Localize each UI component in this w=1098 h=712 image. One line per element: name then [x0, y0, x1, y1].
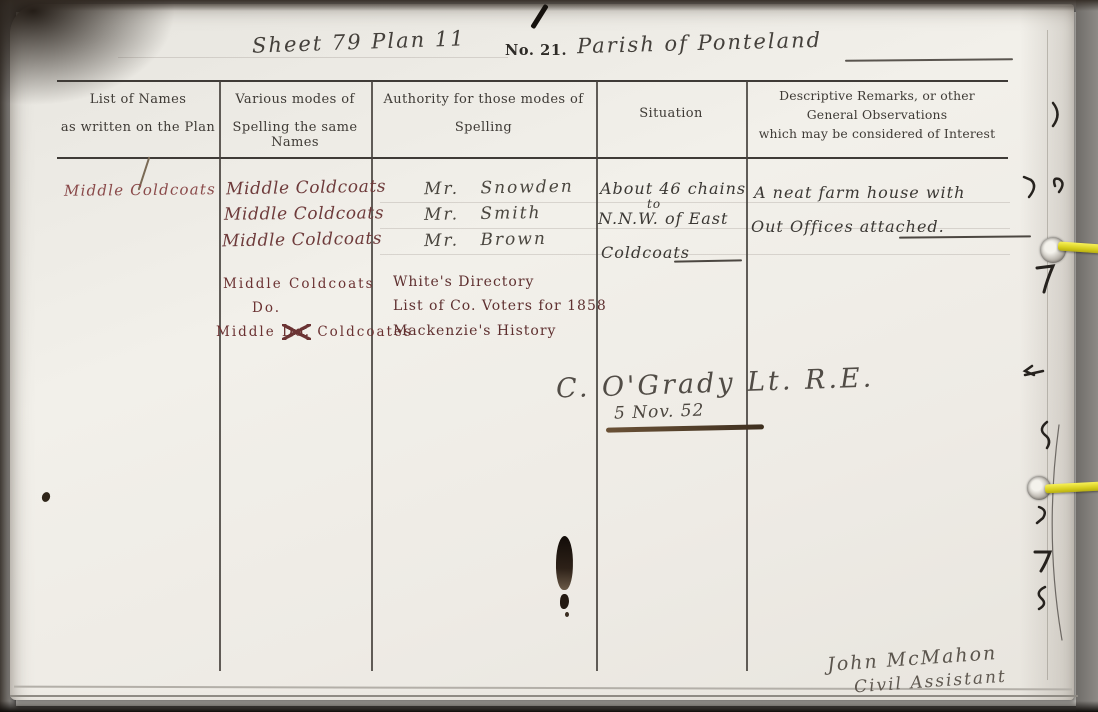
- table-header-rule: [57, 157, 1008, 159]
- situation-line: Coldcoats: [601, 243, 690, 262]
- remarks-line: A neat farm house with: [754, 183, 965, 202]
- col-header-authority: Authority for those modes of: [371, 92, 596, 107]
- remarks-line: Out Offices attached.: [751, 217, 945, 236]
- writing-guide-line: [380, 254, 1010, 255]
- situation-line: About 46 chains: [600, 179, 746, 198]
- col-header-names: List of Names: [57, 92, 219, 107]
- col-header-names: as written on the Plan: [57, 120, 219, 135]
- authority-entry: Mr. Snowden: [424, 177, 574, 200]
- col-header-spelling: Various modes of: [219, 92, 371, 107]
- bottom-shadow: [0, 701, 1098, 712]
- col-header-remarks: General Observations: [746, 107, 1008, 122]
- signature-date: 5 Nov. 52: [614, 400, 705, 423]
- spelling-entry: Middle Coldcoats: [222, 229, 382, 252]
- column-divider-1: [219, 81, 221, 671]
- margin-ink-marks: [1013, 95, 1091, 655]
- writing-guide-line: [380, 202, 1010, 203]
- name-on-plan: Middle Coldcoats: [64, 180, 216, 200]
- page-number-label: No. 21.: [505, 42, 567, 59]
- authority-entry: White's Directory: [393, 274, 534, 290]
- corrected-prefix: Middle: [216, 324, 282, 340]
- authority-entry: Mackenzie's History: [393, 323, 556, 339]
- spelling-entry: Middle Coldcoats: [226, 177, 386, 200]
- corner-shadow: [0, 0, 176, 106]
- spelling-entry: Do.: [252, 300, 281, 316]
- col-header-spelling: Spelling the same Names: [219, 120, 371, 150]
- column-divider-2: [371, 81, 373, 671]
- col-header-remarks: which may be considered of Interest: [746, 126, 1008, 141]
- table-top-rule: [57, 80, 1008, 82]
- header-rule: [118, 57, 508, 58]
- col-header-remarks: Descriptive Remarks, or other: [746, 88, 1008, 103]
- situation-line: N.N.W. of East: [598, 209, 728, 228]
- left-shadow: [0, 0, 10, 712]
- authority-entry: Mr. Brown: [424, 229, 547, 251]
- scanned-document-page: Sheet 79 Plan 11 No. 21. Parish of Ponte…: [0, 0, 1098, 712]
- col-header-situation: Situation: [596, 106, 746, 121]
- authority-entry: List of Co. Voters for 1858: [393, 298, 607, 314]
- sheet-edge-line: [10, 695, 1078, 697]
- spelling-entry: Middle Coldcoats: [223, 276, 375, 292]
- top-shadow: [0, 0, 1098, 11]
- ink-speck: [565, 612, 569, 617]
- spelling-entry-corrected: Middle Do. Coldcoates: [216, 324, 413, 340]
- spelling-entry: Middle Coldcoats: [224, 203, 384, 224]
- col-header-authority: Spelling: [371, 120, 596, 135]
- authority-entry: Mr. Smith: [424, 203, 542, 225]
- struck-out-word: Do.: [282, 324, 311, 340]
